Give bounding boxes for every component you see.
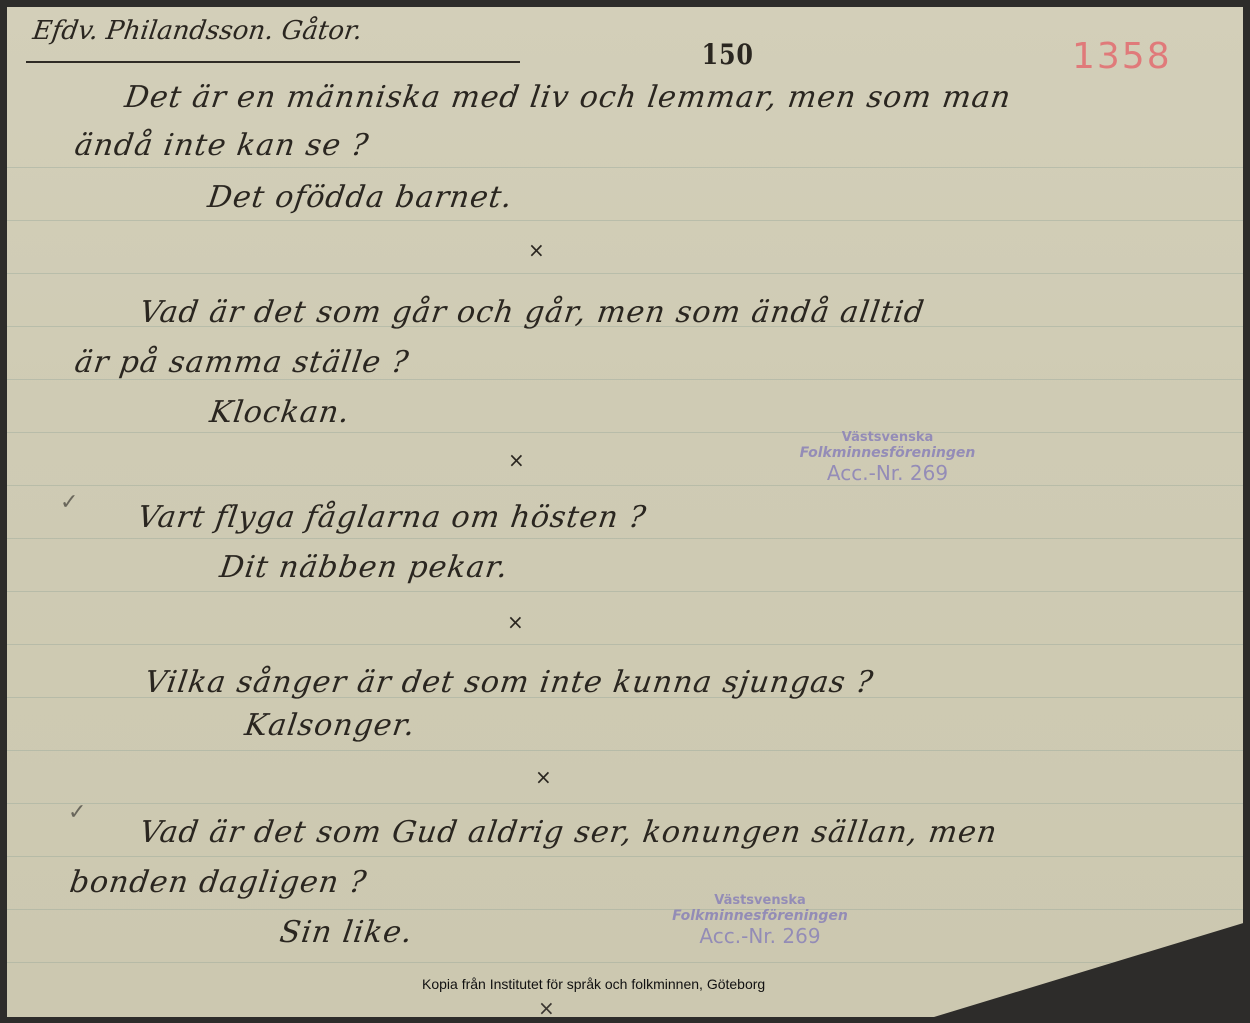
riddle-4-question-line-1: Vilka sånger är det som inte kunna sjung…	[143, 665, 876, 700]
riddle-1-question-line-2: ändå inte kan se ?	[73, 128, 372, 163]
riddle-4-answer: Kalsonger.	[243, 708, 418, 743]
riddle-2-answer: Klockan.	[208, 395, 353, 430]
ruling-line	[7, 909, 1243, 910]
riddle-separator: ×	[507, 610, 524, 634]
ruling-line	[7, 644, 1243, 645]
riddle-1-answer: Det ofödda barnet.	[206, 180, 515, 215]
page-number: 150	[702, 38, 754, 71]
ruling-line	[7, 962, 1243, 963]
riddle-3-answer: Dit näbben pekar.	[218, 550, 511, 585]
ruling-line	[7, 220, 1243, 221]
ruling-line	[7, 538, 1243, 539]
stamp-line-2: Folkminnesföreningen	[785, 445, 990, 461]
ruling-line	[7, 591, 1243, 592]
stamp-line-3: Acc.-Nr. 269	[785, 461, 990, 485]
ruling-line	[7, 273, 1243, 274]
heading-underline	[26, 61, 520, 63]
riddle-5-question-line-1: Vad är det som Gud aldrig ser, konungen …	[138, 815, 1000, 850]
document-heading: Efdv. Philandsson. Gåtor.	[31, 16, 364, 46]
riddle-2-question-line-1: Vad är det som går och går, men som ändå…	[138, 295, 927, 330]
red-archive-mark: 1358	[1072, 36, 1172, 77]
ruling-line	[7, 803, 1243, 804]
stamp-line-2: Folkminnesföreningen	[660, 908, 860, 924]
ruling-line	[7, 432, 1243, 433]
stamp-line-1: Västsvenska	[785, 430, 990, 445]
archive-stamp: Västsvenska Folkminnesföreningen Acc.-Nr…	[785, 430, 990, 485]
check-mark: ✓	[68, 800, 86, 825]
archive-copy-caption: Kopia från Institutet för språk och folk…	[422, 976, 765, 992]
stamp-line-1: Västsvenska	[660, 893, 860, 908]
riddle-3-question-line-1: Vart flyga fåglarna om hösten ?	[136, 500, 649, 535]
riddle-separator: ×	[528, 238, 545, 262]
ruling-line	[7, 856, 1243, 857]
ruling-line	[7, 750, 1243, 751]
riddle-5-answer: Sin like.	[278, 915, 416, 950]
riddle-2-question-line-2: är på samma ställe ?	[73, 345, 412, 380]
riddle-separator: ×	[535, 765, 552, 789]
riddle-5-question-line-2: bonden dagligen ?	[68, 865, 370, 900]
ruling-line	[7, 485, 1243, 486]
riddle-separator: ×	[538, 996, 555, 1020]
archive-stamp: Västsvenska Folkminnesföreningen Acc.-Nr…	[660, 893, 860, 948]
riddle-separator: ×	[508, 448, 525, 472]
ruling-line	[7, 167, 1243, 168]
riddle-1-question-line-1: Det är en människa med liv och lemmar, m…	[123, 80, 1014, 115]
stamp-line-3: Acc.-Nr. 269	[660, 924, 860, 948]
check-mark: ✓	[60, 490, 78, 515]
